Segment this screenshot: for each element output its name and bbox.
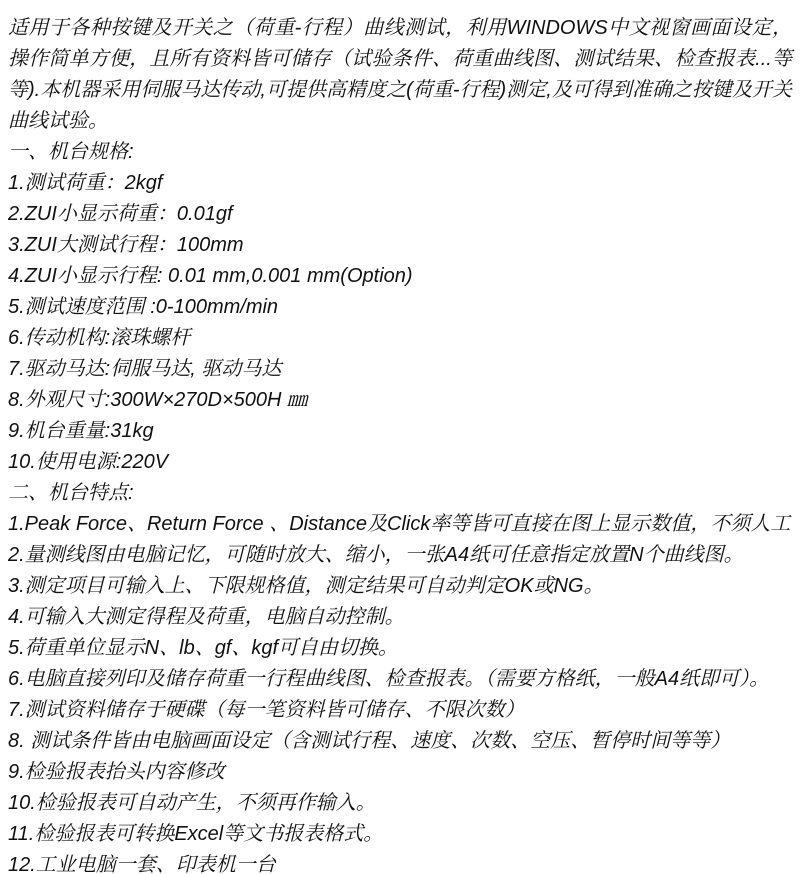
feature-item-9: 9.检验报表抬头内容修改 (8, 757, 792, 788)
spec-item-10: 10.使用电源:220V (8, 447, 792, 478)
spec-item-5: 5.测试速度范围 :0-100mm/min (8, 292, 792, 323)
feature-item-1: 1.Peak Force、Return Force 、Distance及Clic… (8, 509, 792, 540)
feature-item-11: 11.检验报表可转换Excel等文书报表格式。 (8, 819, 792, 850)
spec-item-1: 1.测试荷重：2kgf (8, 168, 792, 199)
feature-item-3: 3.测定项目可输入上、下限规格值，测定结果可自动判定OK或NG。 (8, 571, 792, 602)
feature-item-10: 10.检验报表可自动产生，不须再作输入。 (8, 788, 792, 819)
section1-heading: 一、机台规格: (8, 137, 792, 168)
feature-item-7: 7.测试资料储存于硬碟（每一笔资料皆可储存、不限次数） (8, 695, 792, 726)
feature-item-4: 4.可输入大测定得程及荷重，电脑自动控制。 (8, 602, 792, 633)
spec-item-7: 7.驱动马达:伺服马达, 驱动马达 (8, 354, 792, 385)
spec-item-2: 2.ZUI小显示荷重：0.01gf (8, 199, 792, 230)
spec-item-3: 3.ZUI大测试行程：100mm (8, 230, 792, 261)
spec-item-8: 8.外观尺寸:300W×270D×500H ㎜ (8, 385, 792, 416)
feature-item-6: 6.电脑直接列印及储存荷重一行程曲线图、检查报表。（需要方格纸，一般A4纸即可）… (8, 664, 792, 695)
feature-item-12: 12.工业电脑一套、印表机一台 (8, 850, 792, 874)
spec-item-4: 4.ZUI小显示行程: 0.01 mm,0.001 mm(Option) (8, 261, 792, 292)
feature-item-5: 5.荷重单位显示N、lb、gf、kgf可自由切换。 (8, 633, 792, 664)
spec-item-9: 9.机台重量:31kg (8, 416, 792, 447)
feature-item-2: 2.量测线图由电脑记忆，可随时放大、缩小，一张A4纸可任意指定放置N个曲线图。 (8, 540, 792, 571)
section2-heading: 二、机台特点: (8, 478, 792, 509)
spec-item-6: 6.传动机构:滚珠螺杆 (8, 323, 792, 354)
document-page: 适用于各种按键及开关之（荷重-行程）曲线测试，利用WINDOWS中文视窗画面设定… (0, 0, 800, 874)
feature-item-8: 8. 测试条件皆由电脑画面设定（含测试行程、速度、次数、空压、暂停时间等等） (8, 726, 792, 757)
intro-paragraph: 适用于各种按键及开关之（荷重-行程）曲线测试，利用WINDOWS中文视窗画面设定… (8, 13, 792, 137)
